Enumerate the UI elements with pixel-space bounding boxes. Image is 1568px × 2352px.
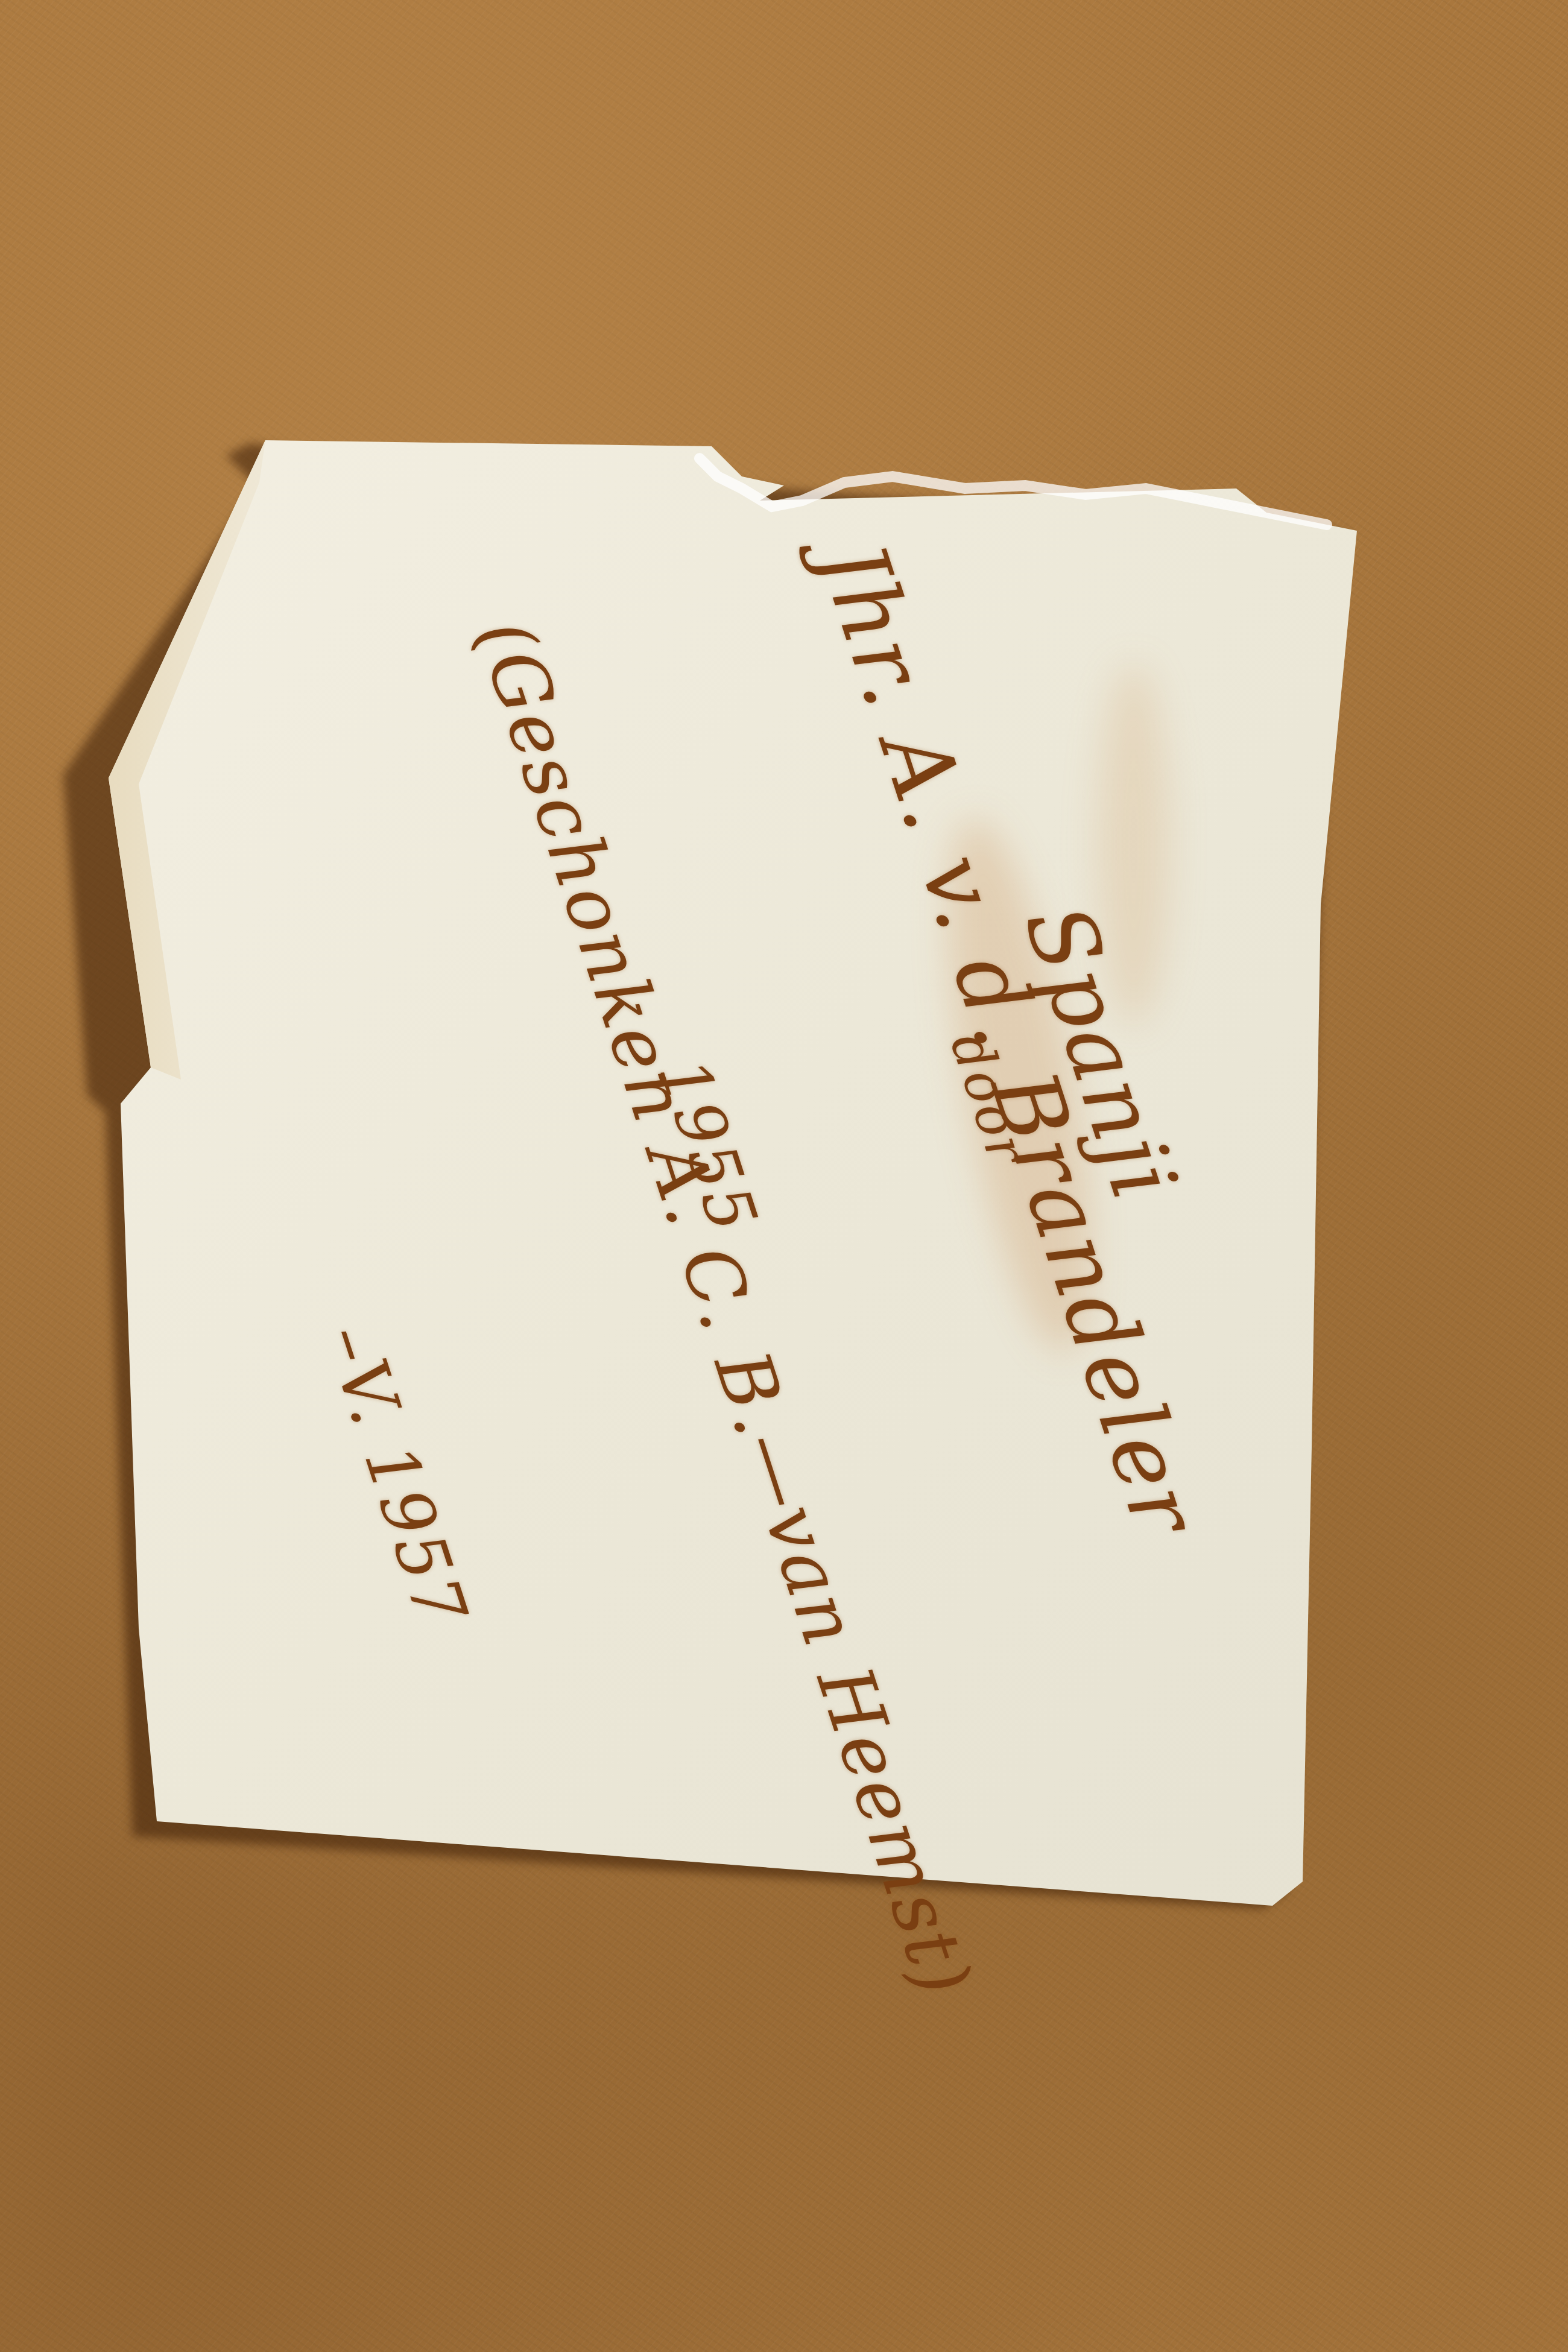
paper-label [0, 0, 1568, 2352]
